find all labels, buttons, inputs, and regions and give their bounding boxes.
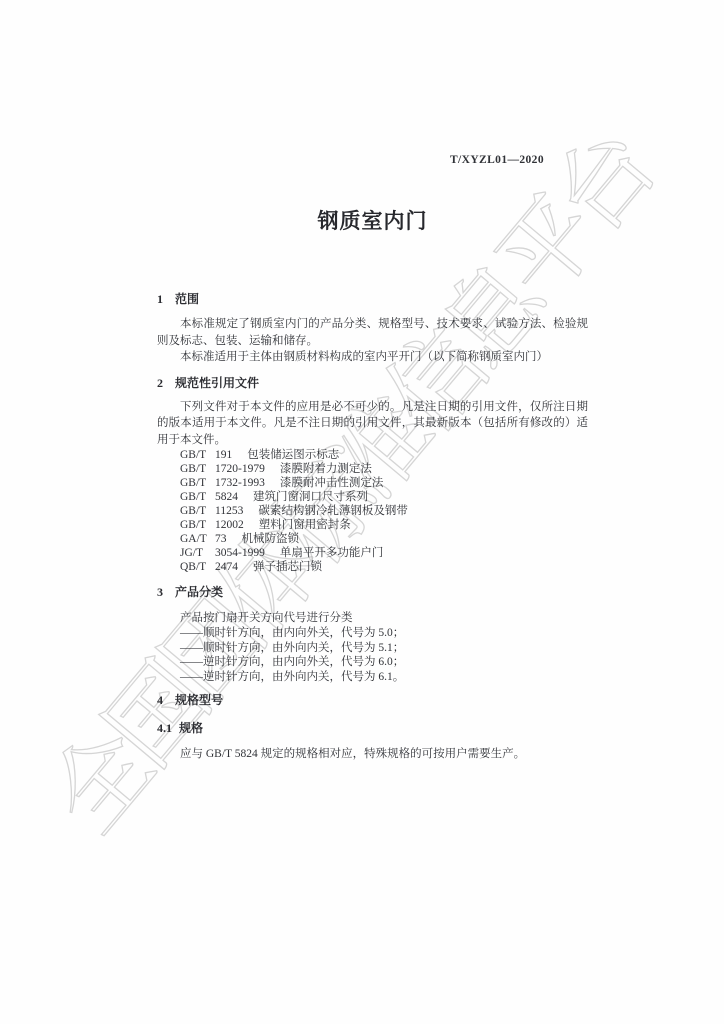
section-1-paragraph-1: 本标准规定了钢质室内门的产品分类、规格型号、技术要求、试验方法、检验规则及标志、… <box>157 316 588 349</box>
reference-item: QB/T2474弹子插芯门锁 <box>180 560 588 574</box>
reference-title: 包装储运图示标志 <box>247 449 339 461</box>
normative-reference-list: GB/T191包装储运图示标志 GB/T1720-1979漆膜附着力测定法 GB… <box>157 448 588 574</box>
section-2-heading: 2规范性引用文件 <box>157 376 588 390</box>
reference-number: 2474 <box>215 560 238 574</box>
document-content: T/XYZL01—2020 钢质室内门 1范围 本标准规定了钢质室内门的产品分类… <box>0 0 724 763</box>
reference-item: GB/T1720-1979漆膜附着力测定法 <box>180 462 588 476</box>
classification-list: ——顺时针方向，由内向外关，代号为 5.0； ——顺时针方向，由外向内关，代号为… <box>157 626 588 684</box>
reference-number: 12002 <box>215 518 244 532</box>
reference-number: 1720-1979 <box>215 462 265 476</box>
reference-number: 11253 <box>215 504 243 518</box>
reference-org: GA/T <box>180 532 215 546</box>
reference-item: JG/T3054-1999单扇平开多功能户门 <box>180 546 588 560</box>
section-3-number: 3 <box>157 585 163 599</box>
reference-item: GB/T12002塑料门窗用密封条 <box>180 518 588 532</box>
section-1-number: 1 <box>157 292 163 306</box>
reference-number: 73 <box>215 532 227 546</box>
reference-item: GB/T5824建筑门窗洞口尺寸系列 <box>180 490 588 504</box>
reference-title: 漆膜附着力测定法 <box>280 463 372 475</box>
section-2-paragraph-1: 下列文件对于本文件的应用是必不可少的。凡是注日期的引用文件，仅所注日期的版本适用… <box>157 399 588 449</box>
classification-intro: 产品按门扇开关方向代号进行分类 <box>157 611 588 626</box>
standard-code: T/XYZL01—2020 <box>157 0 544 167</box>
reference-org: GB/T <box>180 490 215 504</box>
section-1-heading: 1范围 <box>157 292 588 306</box>
document-title: 钢质室内门 <box>157 208 588 235</box>
reference-title: 塑料门窗用密封条 <box>259 519 351 531</box>
reference-title: 单扇平开多功能户门 <box>280 547 384 559</box>
section-4-label: 规格型号 <box>175 693 223 707</box>
reference-title: 碳素结构钢冷轧薄钢板及钢带 <box>258 505 408 517</box>
reference-org: QB/T <box>180 560 215 574</box>
reference-org: JG/T <box>180 546 215 560</box>
reference-title: 漆膜耐冲击性测定法 <box>280 477 384 489</box>
section-4-1-number: 4.1 <box>157 721 172 735</box>
section-4-paragraph: 应与 GB/T 5824 规定的规格相对应，特殊规格的可按用户需要生产。 <box>157 746 588 763</box>
section-2-number: 2 <box>157 376 163 390</box>
reference-title: 弹子插芯门锁 <box>253 561 322 573</box>
reference-org: GB/T <box>180 462 215 476</box>
reference-item: GB/T11253碳素结构钢冷轧薄钢板及钢带 <box>180 504 588 518</box>
reference-org: GB/T <box>180 448 215 462</box>
section-4-number: 4 <box>157 693 163 707</box>
reference-title: 机械防盗锁 <box>242 533 300 545</box>
reference-number: 5824 <box>215 490 238 504</box>
section-4-heading: 4规格型号 <box>157 693 588 707</box>
classification-item: ——顺时针方向，由内向外关，代号为 5.0； <box>180 626 588 641</box>
reference-number: 3054-1999 <box>215 546 265 560</box>
section-4-1-heading: 4.1规格 <box>157 721 588 735</box>
reference-org: GB/T <box>180 504 215 518</box>
classification-item: ——逆时针方向，由外向内关，代号为 6.1。 <box>180 670 588 685</box>
section-4-1-label: 规格 <box>179 721 203 735</box>
section-2-label: 规范性引用文件 <box>175 376 259 390</box>
classification-item: ——逆时针方向，由内向外关，代号为 6.0； <box>180 655 588 670</box>
reference-org: GB/T <box>180 476 215 490</box>
reference-number: 1732-1993 <box>215 476 265 490</box>
section-1-paragraph-2: 本标准适用于主体由钢质材料构成的室内平开门（以下简称钢质室内门） <box>157 349 588 366</box>
document-page: 全国团体标准信息平台 T/XYZL01—2020 钢质室内门 1范围 本标准规定… <box>0 0 724 1024</box>
reference-item: GA/T73机械防盗锁 <box>180 532 588 546</box>
reference-org: GB/T <box>180 518 215 532</box>
reference-item: GB/T191包装储运图示标志 <box>180 448 588 462</box>
reference-number: 191 <box>215 448 232 462</box>
section-3-heading: 3产品分类 <box>157 585 588 599</box>
section-3-label: 产品分类 <box>175 585 223 599</box>
classification-item: ——顺时针方向，由外向内关，代号为 5.1； <box>180 641 588 656</box>
section-1-label: 范围 <box>175 292 199 306</box>
reference-title: 建筑门窗洞口尺寸系列 <box>253 491 368 503</box>
reference-item: GB/T1732-1993漆膜耐冲击性测定法 <box>180 476 588 490</box>
